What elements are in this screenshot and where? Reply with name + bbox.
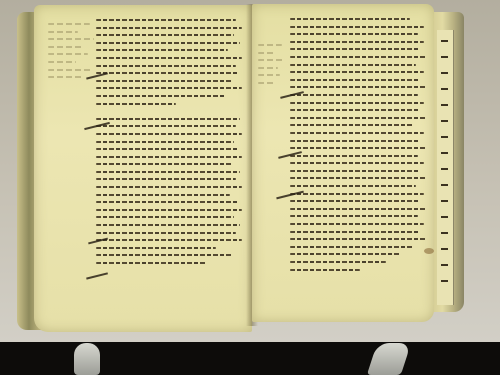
index-tab-marks — [441, 40, 449, 300]
left-page-bleed-through — [48, 23, 98, 84]
ink-stain — [424, 248, 434, 254]
left-page-handwriting — [96, 19, 246, 270]
right-page-bleed-through — [258, 44, 288, 90]
manuscript-book — [0, 0, 500, 342]
margin-flourish — [86, 272, 108, 279]
right-page-handwriting — [290, 18, 428, 276]
left-shoe — [74, 343, 100, 375]
right-page — [252, 4, 434, 322]
left-page — [34, 5, 252, 332]
